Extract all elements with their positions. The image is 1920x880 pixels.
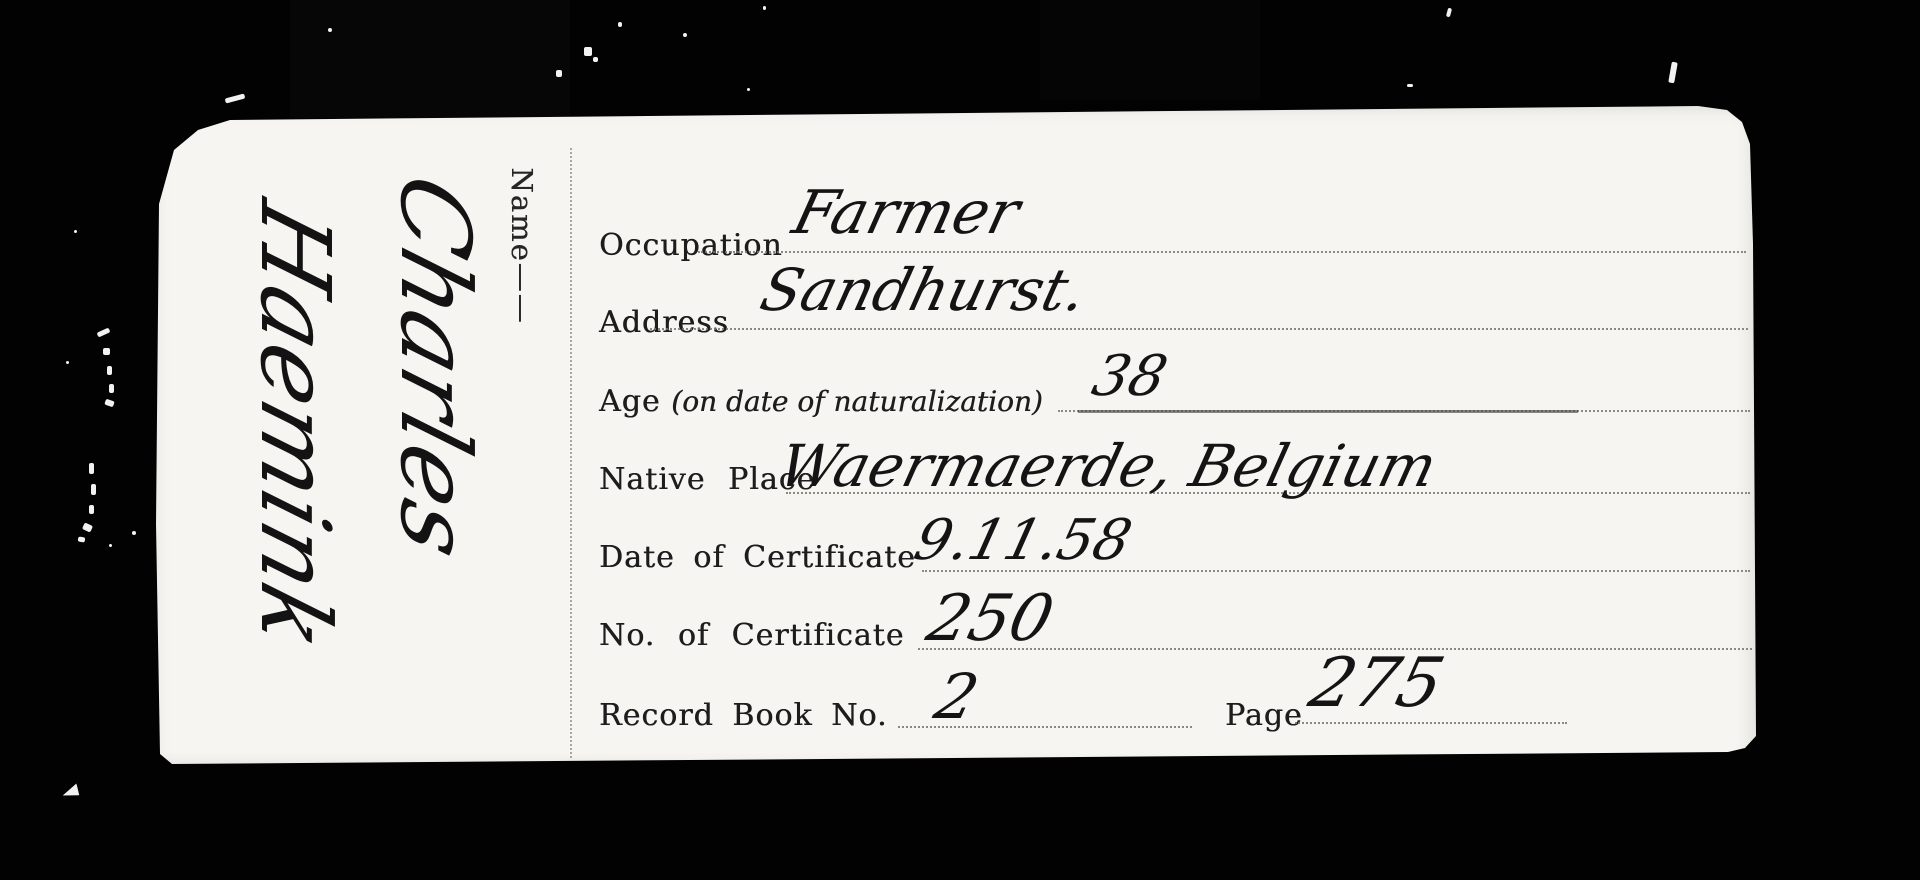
record-book-no-label: Record Book No.: [599, 698, 888, 733]
dust-speck: [1446, 8, 1452, 18]
handwritten-name: Charles Haemink: [225, 67, 505, 793]
dust-speck: [66, 361, 69, 364]
scratch-mark: [109, 384, 114, 393]
scratch-mark: [89, 505, 94, 514]
handwritten-surname: Haemink: [225, 67, 365, 750]
age-label: Age (on date of naturalization): [599, 384, 1043, 419]
dust-speck: [747, 88, 750, 91]
scratch-mark: [1668, 62, 1678, 84]
date-of-certificate-value: 9.11.58: [908, 508, 1138, 573]
dust-speck: [763, 6, 766, 10]
date-of-certificate-label: Date of Certificate: [599, 540, 916, 575]
scratch-mark: [78, 536, 86, 542]
address-rule: [650, 328, 1748, 330]
age-rule-dark: [1078, 410, 1578, 413]
scanner-background: Name—— Charles Haemink Occupation Farmer…: [0, 0, 1920, 880]
scratch-mark: [82, 522, 93, 532]
name-field-label: Name——: [505, 167, 539, 324]
page-label: Page: [1225, 698, 1303, 733]
dust-speck: [1407, 84, 1413, 87]
vertical-rule: [570, 148, 575, 758]
occupation-label: Occupation: [599, 228, 783, 263]
native-place-value: Waermaerde, Belgium: [772, 432, 1444, 500]
scratch-mark: [91, 484, 96, 495]
background-patch: [1040, 0, 1260, 100]
address-label: Address: [599, 305, 729, 340]
dust-speck: [60, 783, 80, 800]
record-book-no-value: 2: [928, 660, 986, 733]
scratch-mark: [104, 399, 115, 408]
handwritten-first-name: Charles: [365, 110, 505, 793]
scratch-mark: [103, 348, 110, 355]
dust-speck: [132, 531, 136, 535]
age-label-suffix: (on date of naturalization): [671, 385, 1043, 418]
scratch-mark: [89, 463, 94, 474]
dust-speck: [584, 47, 592, 56]
naturalization-record-card: Name—— Charles Haemink Occupation Farmer…: [150, 104, 1756, 764]
dust-speck: [618, 22, 622, 27]
occupation-rule: [698, 251, 1746, 253]
age-value: 38: [1086, 344, 1173, 409]
dust-speck: [593, 57, 598, 62]
dust-speck: [109, 544, 112, 547]
no-of-certificate-label: No. of Certificate: [599, 618, 904, 653]
dust-speck: [225, 93, 246, 103]
background-patch: [290, 0, 570, 118]
scratch-mark: [97, 327, 111, 337]
occupation-value: Farmer: [786, 178, 1027, 248]
page-value: 275: [1302, 644, 1451, 723]
dust-speck: [328, 28, 332, 32]
dust-speck: [683, 33, 687, 37]
scratch-mark: [107, 366, 112, 375]
address-value: Sandhurst.: [754, 256, 1094, 324]
dust-speck: [74, 230, 77, 233]
no-of-certificate-value: 250: [920, 582, 1061, 656]
dust-speck: [556, 70, 562, 77]
